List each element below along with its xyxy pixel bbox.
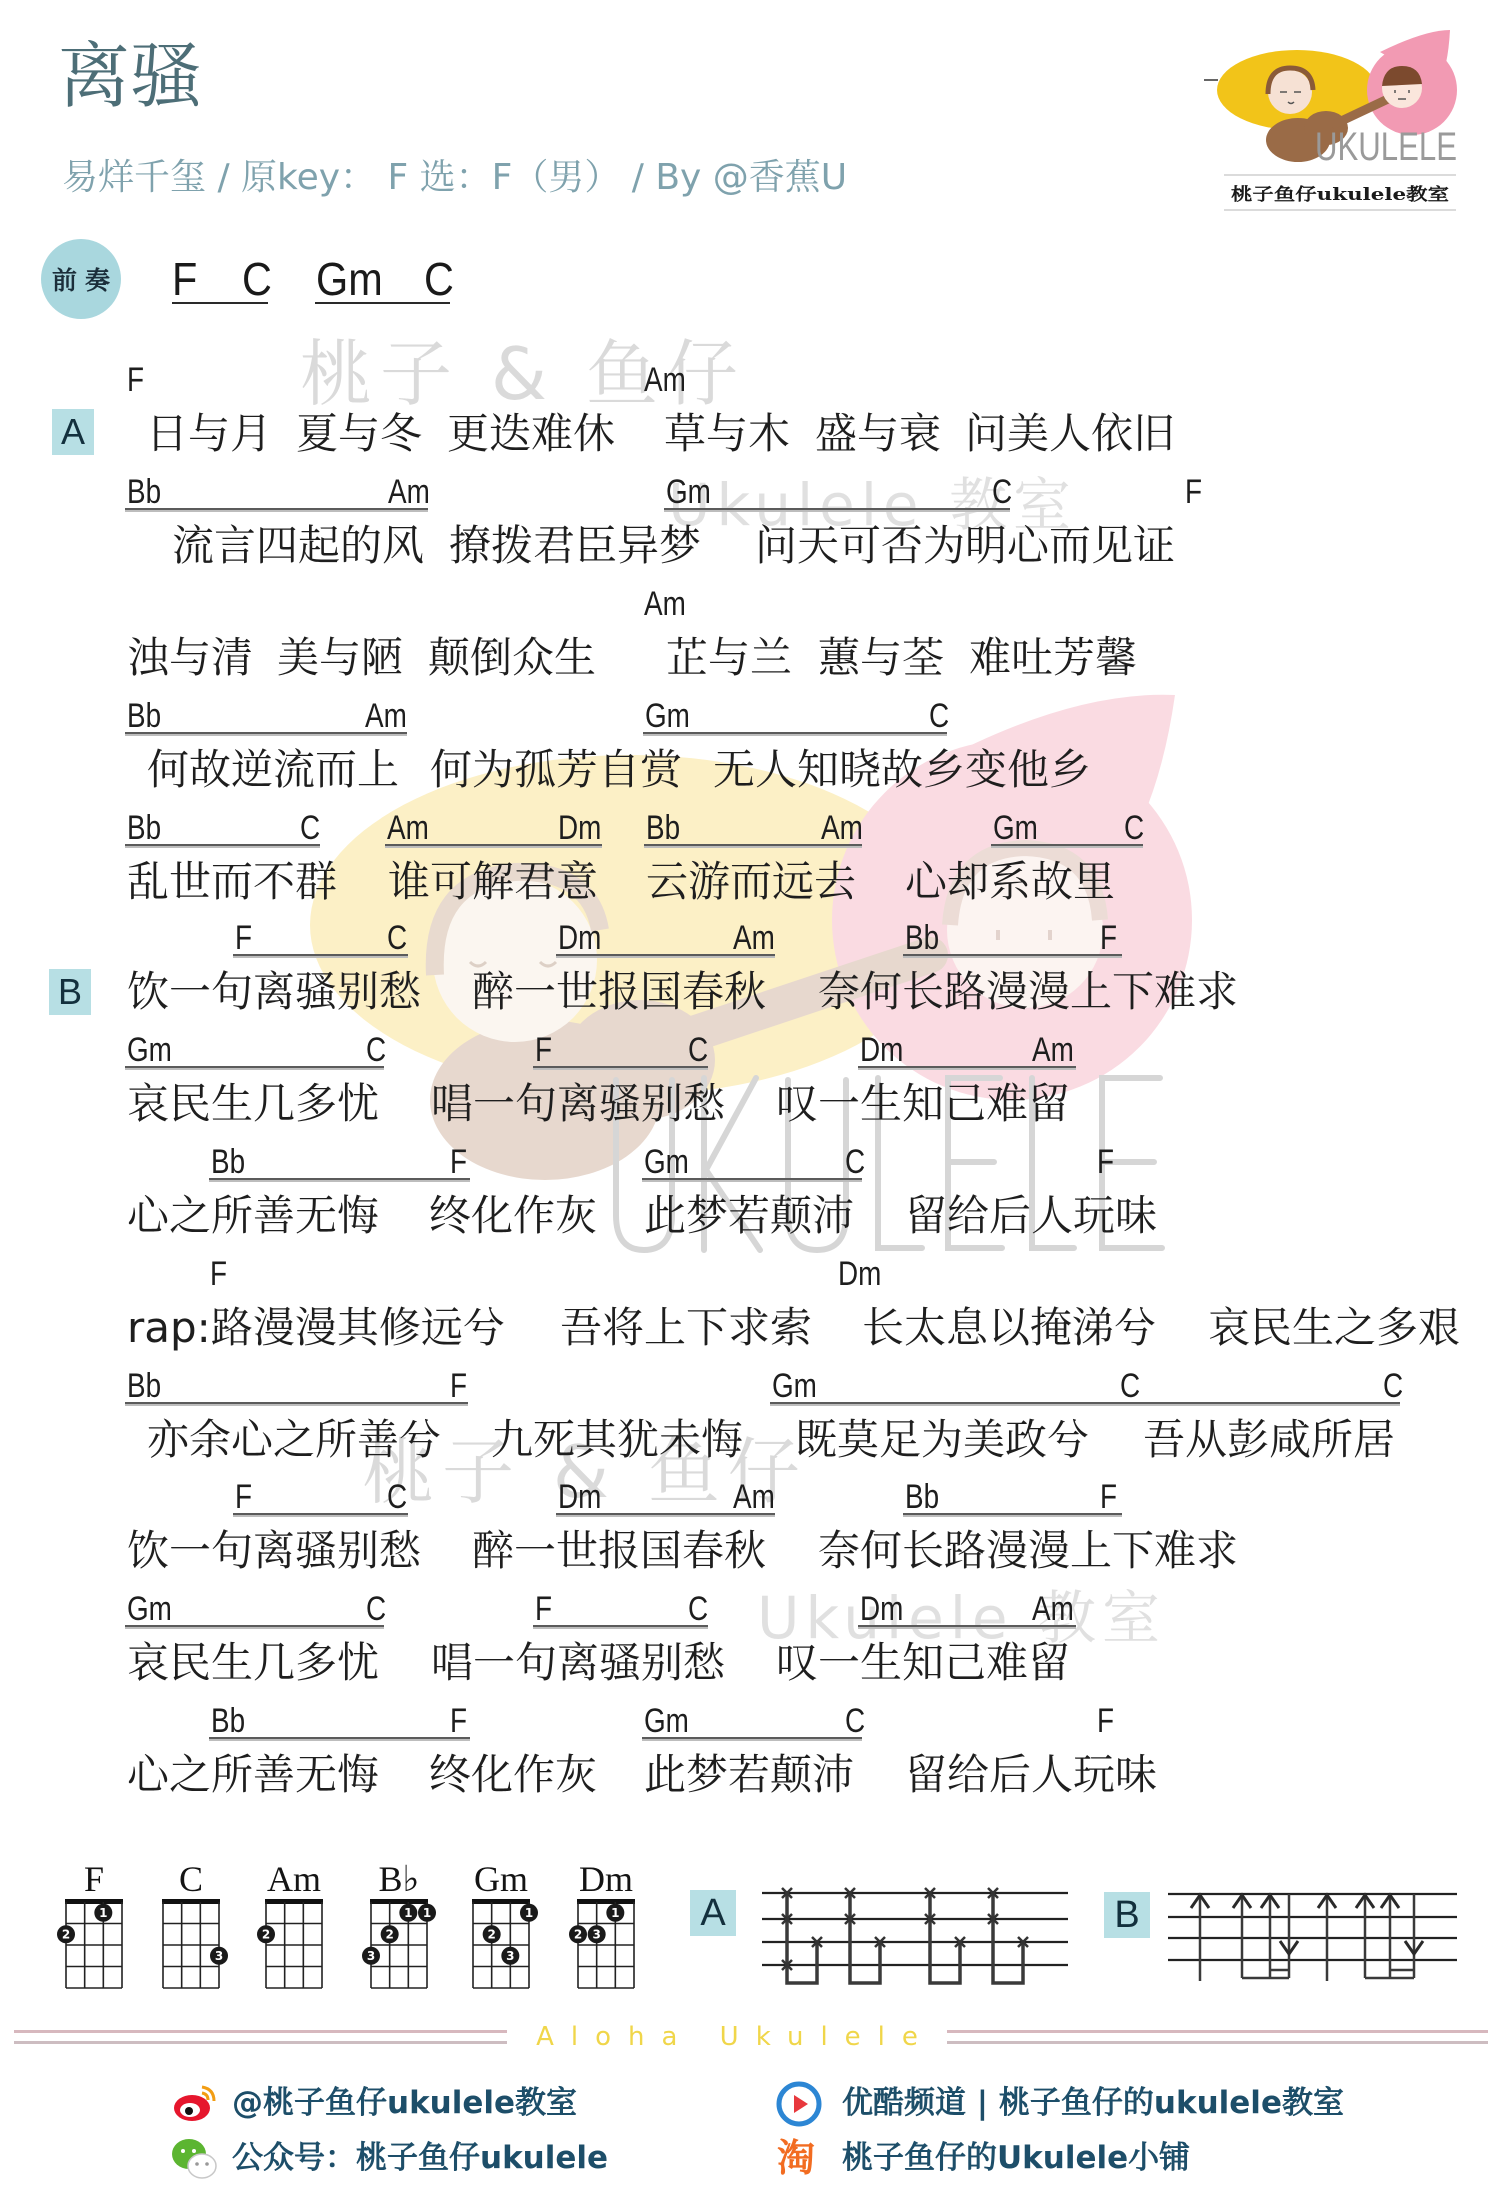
chord-diagram-label: F bbox=[84, 1859, 104, 1899]
lyric: 奈何长路漫漫上下难求 bbox=[818, 971, 1238, 1013]
lyric: 浊与清 bbox=[127, 637, 253, 679]
chord: F bbox=[450, 1145, 467, 1179]
lyric: 此梦若颠沛 bbox=[644, 1754, 854, 1796]
lyric: 蕙与荃 bbox=[818, 637, 944, 679]
fretboard-grid bbox=[266, 1902, 322, 1988]
chord-diagram-bb: B♭ 1 1 2 3 bbox=[359, 1855, 439, 1995]
chord-diagram-gm: Gm 1 2 3 bbox=[461, 1855, 541, 1995]
finger-dot: 3 bbox=[362, 1947, 380, 1965]
chord: Gm bbox=[993, 811, 1038, 845]
lyric: 夏与冬 bbox=[296, 413, 422, 455]
chord-span-underline bbox=[125, 844, 320, 846]
chord-span-underline bbox=[556, 1513, 775, 1515]
lyric: 奈何长路漫漫上下难求 bbox=[818, 1530, 1238, 1572]
chord: F bbox=[450, 1704, 467, 1738]
lyric: 饮一句离骚别愁 bbox=[127, 971, 421, 1013]
lyric: 哀民生几多忧 bbox=[127, 1642, 379, 1684]
chord: Dm bbox=[558, 921, 601, 955]
footer-divider-line bbox=[947, 2041, 1488, 2044]
finger-number: 2 bbox=[262, 1928, 270, 1942]
chord: Bb bbox=[127, 811, 161, 845]
finger-number: 2 bbox=[574, 1928, 582, 1942]
lyric: 哀民生几多忧 bbox=[127, 1083, 379, 1125]
intro-badge: 前奏 bbox=[41, 239, 121, 319]
chord: Gm bbox=[644, 1145, 689, 1179]
chord-span-underline bbox=[642, 1737, 862, 1739]
chord: C bbox=[688, 1592, 708, 1626]
chord: F bbox=[535, 1592, 552, 1626]
lyric: 九死其犹未悔 bbox=[491, 1419, 743, 1461]
chord: Gm bbox=[127, 1033, 172, 1067]
finger-number: 2 bbox=[385, 1928, 393, 1942]
chord: F bbox=[1185, 475, 1202, 509]
lyric: 唱一句离骚别愁 bbox=[431, 1083, 725, 1125]
lyric: 难吐芳馨 bbox=[969, 637, 1137, 679]
chord-span-underline bbox=[770, 1402, 1400, 1404]
finger-number: 1 bbox=[423, 1906, 431, 1920]
chord-span-underline bbox=[125, 508, 428, 510]
chord-span-underline bbox=[903, 954, 1122, 956]
finger-number: 3 bbox=[506, 1949, 514, 1963]
lyric: 留给后人玩味 bbox=[905, 1195, 1157, 1237]
chord: C bbox=[929, 699, 949, 733]
chord: C bbox=[845, 1704, 865, 1738]
footer-banner: Aloha Ukulele bbox=[507, 2022, 947, 2052]
lyric: 谁可解君意 bbox=[388, 861, 598, 903]
finger-number: 2 bbox=[487, 1928, 495, 1942]
chord: Dm bbox=[558, 1480, 601, 1514]
lyric: 饮一句离骚别愁 bbox=[127, 1530, 421, 1572]
chord-span-underline bbox=[644, 844, 862, 846]
girl-eyes bbox=[470, 962, 556, 966]
weibo-icon bbox=[172, 2082, 218, 2124]
lyric: 颠倒众生 bbox=[428, 637, 596, 679]
chord: Gm bbox=[666, 475, 711, 509]
lyric: 亦余心之所善兮 bbox=[147, 1419, 441, 1461]
lyric: rap:路漫漫其修远兮 bbox=[127, 1307, 505, 1349]
chord-span-underline bbox=[385, 844, 602, 846]
youku-icon bbox=[775, 2080, 823, 2128]
finger-dot: 1 bbox=[606, 1904, 624, 1922]
chord: C bbox=[1124, 811, 1144, 845]
chord: C bbox=[366, 1592, 386, 1626]
chord: C bbox=[366, 1033, 386, 1067]
finger-number: 1 bbox=[99, 1906, 107, 1920]
chord: Dm bbox=[860, 1592, 903, 1626]
chord: F bbox=[1100, 1480, 1117, 1514]
lyric: 日与月 bbox=[146, 413, 272, 455]
chord-diagram-label: B♭ bbox=[379, 1859, 420, 1899]
lyric: 美与陋 bbox=[277, 637, 403, 679]
lyric: 终化作灰 bbox=[429, 1195, 597, 1237]
chord-span-underline bbox=[642, 1178, 862, 1180]
chord: F bbox=[235, 1480, 252, 1514]
lyric: 长太息以掩涕兮 bbox=[862, 1307, 1156, 1349]
chord-span-underline bbox=[209, 1178, 470, 1180]
chord-diagram-label: Dm bbox=[579, 1859, 633, 1899]
lyric: 叹一生知己难留 bbox=[776, 1642, 1070, 1684]
finger-dot: 1 bbox=[520, 1904, 538, 1922]
chord: F bbox=[235, 921, 252, 955]
intro-chord: C bbox=[424, 256, 454, 302]
lyric: 问天可否为明心而见证 bbox=[755, 525, 1175, 567]
chord-diagram-dm: Dm 1 2 3 bbox=[566, 1855, 646, 1995]
finger-dot: 2 bbox=[483, 1925, 501, 1943]
chord-span-underline bbox=[233, 954, 408, 956]
lyric: 哀民生之多艰 bbox=[1208, 1307, 1460, 1349]
intro-chord-underline bbox=[172, 302, 268, 304]
chord: Gm bbox=[644, 1704, 689, 1738]
chord: Am bbox=[644, 363, 686, 397]
chord-span-underline bbox=[233, 1513, 408, 1515]
lyric: 吾从彭咸所居 bbox=[1143, 1419, 1395, 1461]
lyric: 唱一句离骚别愁 bbox=[431, 1642, 725, 1684]
nut bbox=[65, 1899, 123, 1904]
chord-diagram-label: Am bbox=[267, 1859, 321, 1899]
chord-span-underline bbox=[556, 954, 775, 956]
chord: C bbox=[387, 921, 407, 955]
logo-wordmark: UKULELE bbox=[1315, 125, 1457, 169]
chord-diagram-label: C bbox=[179, 1859, 203, 1899]
footer-divider-line bbox=[947, 2030, 1488, 2033]
strum-pattern-b-badge: B bbox=[1104, 1892, 1150, 1938]
taobao-shop: 桃子鱼仔的Ukulele小铺 bbox=[842, 2139, 1190, 2177]
chord: C bbox=[992, 475, 1012, 509]
finger-dot: 2 bbox=[381, 1925, 399, 1943]
finger-dot: 1 bbox=[418, 1904, 436, 1922]
chord: C bbox=[300, 811, 320, 845]
intro-label: 前奏 bbox=[44, 261, 118, 297]
finger-dot: 2 bbox=[569, 1925, 587, 1943]
chord: F bbox=[1097, 1145, 1114, 1179]
chord-diagram-label: Gm bbox=[474, 1859, 528, 1899]
chord: C bbox=[1383, 1369, 1403, 1403]
chord: F bbox=[450, 1369, 467, 1403]
chord: Dm bbox=[860, 1033, 903, 1067]
chord: Bb bbox=[127, 475, 161, 509]
chord: Bb bbox=[905, 921, 939, 955]
chord-span-underline bbox=[858, 1066, 1076, 1068]
finger-dot: 3 bbox=[210, 1947, 228, 1965]
footer-divider-line bbox=[14, 2030, 507, 2033]
chord: Am bbox=[733, 921, 775, 955]
nut bbox=[162, 1899, 220, 1904]
finger-dot: 3 bbox=[501, 1947, 519, 1965]
chord: Bb bbox=[646, 811, 680, 845]
chord-span-underline bbox=[643, 732, 947, 734]
chord: C bbox=[387, 1480, 407, 1514]
lyric: 留给后人玩味 bbox=[905, 1754, 1157, 1796]
chord-span-underline bbox=[533, 1625, 708, 1627]
intro-chord: C bbox=[242, 256, 272, 302]
fretboard-grid bbox=[163, 1902, 219, 1988]
lyric: 盛与衰 bbox=[815, 413, 941, 455]
fretboard-grid bbox=[66, 1902, 122, 1988]
nut bbox=[265, 1899, 323, 1904]
chord: Gm bbox=[772, 1369, 817, 1403]
chord: F bbox=[535, 1033, 552, 1067]
lyric: 草与木 bbox=[664, 413, 790, 455]
lyric: 吾将上下求索 bbox=[560, 1307, 812, 1349]
chord-span-underline bbox=[209, 1737, 470, 1739]
chord-diagram-c: C 3 bbox=[151, 1855, 231, 1995]
chord: Am bbox=[1032, 1033, 1074, 1067]
chord: Am bbox=[1032, 1592, 1074, 1626]
chord-diagram-f: F 1 2 bbox=[54, 1855, 134, 1995]
taobao-icon: 淘 bbox=[777, 2136, 815, 2180]
chord: Dm bbox=[558, 811, 601, 845]
intro-chord: Gm bbox=[316, 256, 383, 302]
chord-span-underline bbox=[664, 508, 1010, 510]
chord: Am bbox=[387, 811, 429, 845]
up-arrow-icon bbox=[1191, 1895, 1399, 1908]
finger-number: 2 bbox=[62, 1928, 70, 1942]
strum-pattern-a bbox=[680, 1875, 1080, 1995]
chord: Gm bbox=[645, 699, 690, 733]
logo-caption: 桃子鱼仔ukulele教室 bbox=[1231, 184, 1449, 205]
lyric: 问美人依旧 bbox=[965, 413, 1175, 455]
chord-span-underline bbox=[125, 732, 407, 734]
lyric: 终化作灰 bbox=[429, 1754, 597, 1796]
song-title: 离骚 bbox=[58, 36, 202, 116]
boy-eyes bbox=[998, 930, 1050, 940]
chord: Bb bbox=[211, 1145, 245, 1179]
strum-pattern-b bbox=[1160, 1875, 1470, 1995]
finger-number: 3 bbox=[592, 1928, 600, 1942]
lyric: 醉一世报国春秋 bbox=[472, 971, 766, 1013]
finger-number: 3 bbox=[367, 1949, 375, 1963]
chord: Am bbox=[644, 587, 686, 621]
lyric: 既莫足为美政兮 bbox=[795, 1419, 1089, 1461]
chord: F bbox=[127, 363, 144, 397]
chord: Am bbox=[365, 699, 407, 733]
wechat-icon bbox=[170, 2136, 220, 2182]
down-arrow-icon bbox=[1280, 1941, 1423, 1954]
finger-dot: 2 bbox=[57, 1925, 75, 1943]
lyric: 撩拨君臣异梦 bbox=[449, 525, 701, 567]
lyric: 芷与兰 bbox=[666, 637, 792, 679]
chord: Bb bbox=[127, 1369, 161, 1403]
lyric: 叹一生知己难留 bbox=[776, 1083, 1070, 1125]
lyric: 更迭难休 bbox=[447, 413, 615, 455]
intro-chord: F bbox=[172, 256, 197, 302]
chord: C bbox=[1120, 1369, 1140, 1403]
fretboard-grid bbox=[578, 1902, 634, 1988]
brand-logo: UKULELE 桃子鱼仔ukulele教室 bbox=[1200, 28, 1460, 218]
chord: Am bbox=[388, 475, 430, 509]
chord: F bbox=[1097, 1704, 1114, 1738]
lyric: 心却系故里 bbox=[905, 861, 1115, 903]
chord-sheet-page: 桃子 & 鱼仔 Ukulele 教室 桃子 & 鱼仔 Ukulele 教室 离骚… bbox=[0, 0, 1500, 2194]
lyric: 云游而远去 bbox=[646, 861, 856, 903]
lyric: 无人知晓故乡变他乡 bbox=[713, 749, 1091, 791]
nut bbox=[472, 1899, 530, 1904]
chord-span-underline bbox=[125, 1402, 468, 1404]
lyric: 心之所善无悔 bbox=[127, 1195, 379, 1237]
chord-span-underline bbox=[991, 844, 1143, 846]
chord-span-underline bbox=[533, 1066, 708, 1068]
chord: Am bbox=[733, 1480, 775, 1514]
chord: Bb bbox=[211, 1704, 245, 1738]
chord-span-underline bbox=[125, 1625, 384, 1627]
lyric: 何为孤芳自赏 bbox=[430, 749, 682, 791]
finger-dot: 3 bbox=[588, 1925, 606, 1943]
lyric: 乱世而不群 bbox=[127, 861, 337, 903]
weibo-handle: @桃子鱼仔ukulele教室 bbox=[232, 2084, 577, 2122]
song-subtitle: 易烊千玺 / 原key： F 选：F（男） / By @香蕉U bbox=[62, 158, 847, 198]
finger-dot: 2 bbox=[257, 1925, 275, 1943]
chord: Bb bbox=[127, 699, 161, 733]
chord: F bbox=[210, 1257, 227, 1291]
section-badge-b: B bbox=[49, 969, 91, 1015]
footer-divider-line bbox=[14, 2041, 507, 2044]
youku-channel: 优酷频道 | 桃子鱼仔的ukulele教室 bbox=[842, 2084, 1344, 2122]
lyric: 何故逆流而上 bbox=[147, 749, 399, 791]
chord: Bb bbox=[905, 1480, 939, 1514]
chord: F bbox=[1100, 921, 1117, 955]
nut bbox=[370, 1899, 428, 1904]
intro-chord-underline bbox=[315, 302, 450, 304]
finger-dot: 1 bbox=[94, 1904, 112, 1922]
pluck-marks bbox=[782, 1888, 1028, 1970]
finger-number: 1 bbox=[611, 1906, 619, 1920]
chord: Gm bbox=[127, 1592, 172, 1626]
chord: Dm bbox=[838, 1257, 881, 1291]
wechat-account: 公众号：桃子鱼仔ukulele bbox=[232, 2139, 608, 2177]
finger-dot: 1 bbox=[399, 1904, 417, 1922]
chord: C bbox=[688, 1033, 708, 1067]
lyric: 此梦若颠沛 bbox=[644, 1195, 854, 1237]
finger-number: 1 bbox=[525, 1906, 533, 1920]
nut bbox=[577, 1899, 635, 1904]
lyric: 心之所善无悔 bbox=[127, 1754, 379, 1796]
lyric: 醉一世报国春秋 bbox=[472, 1530, 766, 1572]
lyric: 流言四起的风 bbox=[172, 525, 424, 567]
section-badge-a: A bbox=[52, 409, 94, 455]
finger-number: 1 bbox=[404, 1906, 412, 1920]
chord: C bbox=[845, 1145, 865, 1179]
chord: Am bbox=[821, 811, 863, 845]
chord-diagram-am: Am 2 bbox=[254, 1855, 334, 1995]
chord-span-underline bbox=[858, 1625, 1076, 1627]
finger-number: 3 bbox=[215, 1949, 223, 1963]
chord-span-underline bbox=[125, 1066, 384, 1068]
chord-span-underline bbox=[903, 1513, 1122, 1515]
